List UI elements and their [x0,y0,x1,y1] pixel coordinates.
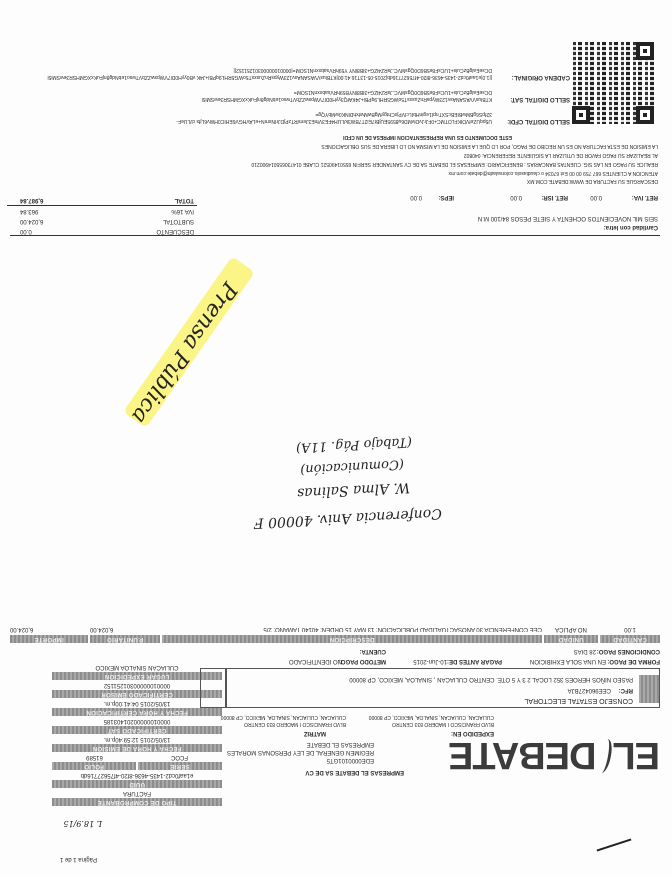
row-descripcion: CEE CONFERENCIA 30 AÑOSACTUALIDAD PUBLIC… [162,626,542,632]
descuento-label: DESCUENTO [156,228,194,234]
expedido-address-1: BLVD FRANCISCO I MADERO 833 CENTRO [392,721,494,727]
totals-top-rule [10,235,660,236]
ret-iva-label: RET. IVA: [632,194,658,200]
row-cantidad: 1.00 [600,626,660,632]
row-p-unitario: 6,024.00 [90,626,160,632]
pagar-antes-value: 10-Jun-2015 [413,658,447,664]
issuer-company-name: EMPRESAS EL DEBATE SA DE CV [305,769,404,775]
receiver-address: PASEO NIÑOS HEROES 352 LOCAL 2 3 Y 5 OTE… [349,676,633,682]
handwritten-line-1: Conferencia Aniv. 40000 F [254,505,443,531]
forma-pago-value: EN UNA SOLA EXHIBICION [530,658,606,664]
iva-value: 963.84 [20,208,60,214]
ieps-value: 0.00 [410,194,422,200]
cadena-original-value: ||1.0|e1aaf0cd2-1435-4636-8f20-4f7562771… [12,66,492,80]
handwritten-line-3: (Comunicación) [300,456,404,476]
qr-finder-icon [636,106,654,124]
receiver-rfc-label: RFC: [619,687,633,693]
condiciones-pago-value: 28 DIAS [574,648,596,654]
note-customer-service: ATENCION A CLIENTES 667 759 00 00 Ext 67… [448,170,658,176]
sello-sat-value: KTBlusVVASANAsv123WypsRnZusxsT5oWG5RHL9q… [12,88,492,102]
issuer-trade-name: EMPRESAS EL DEBATE [307,741,374,747]
folio-value: 61589 [52,754,137,760]
metodo-pago-value: NO IDENTIFICADO [289,658,342,664]
lugar-expedicion-value: CULIACAN SINALOA MEXICO [52,664,222,670]
serie-header: SERIE [138,762,222,770]
note-not-receipt: LA EMISION DE ESTA FACTURA NO ES UN RECI… [321,143,658,149]
serie-value: FCOC [137,754,222,760]
total-label: TOTAL [175,197,194,203]
forma-pago-label: FORMA DE PAGO: [607,658,660,664]
note-reference: AL REALIZAR SU PAGO FAVOR DE UTILIZAR LA… [464,152,658,158]
flame-icon [595,739,614,773]
scanned-invoice-page: Página 1 de 1 L 18.9/15 ELDEBATE EMPRESA… [0,0,672,876]
voucher-info-panel: TIPO DE COMPROBANTE FACTURA UUID e1aaf0c… [52,662,222,806]
note-download: DESCARGUE SU FACTURA DE WWW.DEBATE.COM.M… [527,178,658,184]
voucher-type-value: FACTURA [52,790,222,796]
handwritten-line-4: (Tabajo Pág. 11A) [296,434,413,455]
handwritten-corner-note: L 18.9/15 [63,819,102,828]
row-importe: 6,024.00 [10,626,88,632]
sello-cfdi-value: U5pqUZefVDIKFLOTMC+0FJrJvDlvMD6u8595EUjB… [12,110,492,124]
items-table-header: CANTIDAD UNIDAD DESCRIPCION P.UNITARIO I… [10,635,660,643]
col-p-unitario: P.UNITARIO [90,635,160,643]
matriz-address-1: BLVD FRANCISCO I MADERO 833 CENTRO [244,721,346,727]
page-counter: Página 1 de 1 [60,856,97,862]
receiver-rfc: CEE960427BJA [568,687,611,693]
receiver-box: CONSEJO ESTATAL ELECTORAL RFC: CEE960427… [226,668,660,708]
cert-emisor-header: CERTIFICADO EMISOR [52,690,222,698]
receiver-name: CONSEJO ESTATAL ELECTORAL [524,697,633,704]
handwritten-highlighted-note: Prensa Pública [126,277,242,428]
logo-text-el: EL [613,734,660,776]
folio-header: FOLIO [52,762,136,770]
receiver-tab [639,675,659,703]
sello-cfdi-label: SELLO DIGITAL CFDI: [507,118,570,124]
ret-isr-label: RET. ISR: [541,194,568,200]
subtotal-label: SUBTOTAL [163,218,194,224]
ret-iva-value: 0.00 [590,194,602,200]
qr-finder-icon [572,106,590,124]
note-bank-accounts: REALICE SU PAGO EN LAS SIG. CUENTAS BANC… [251,161,658,167]
expedido-label: EXPEDIDO EN: [451,730,494,736]
voucher-type-header: TIPO DE COMPROBANTE [52,798,222,806]
qr-finder-icon [636,42,654,60]
uuid-header: UUID [52,780,222,788]
receiver-side-box [200,668,226,708]
matriz-label: MATRIZ [304,730,326,736]
uuid-value: e1aaf0cd2-1435-4636-8f20-4f75627716db [52,772,222,778]
col-descripcion: DESCRIPCION [162,635,542,643]
logo-text-debate: DEBATE [449,734,596,776]
fecha-emision-header: FECHA Y HORA DE EMISION [52,744,222,752]
ret-isr-value: 0.00 [510,194,522,200]
cuenta-label: CUENTA: [359,648,386,654]
matriz-address-2: CULIACAN, CULIACAN, SINALOA, MEXICO, CP … [221,714,346,720]
cantidad-letra-label: Cantidad con letra: [604,224,658,230]
issuer-rfc: EDE0000101GT5 [327,757,374,763]
col-unidad: UNIDAD [544,635,598,643]
handwritten-line-2: W. Alma Salinas [297,479,411,501]
sello-sat-label: SELLO DIGITAL SAT: [510,96,570,102]
expedido-address-2: CULIACAN, CULIACAN, SINALOA, MEXICO, CP … [369,714,494,720]
col-cantidad: CANTIDAD [600,635,660,643]
cantidad-letra-value: SEIS MIL NOVECIENTOS OCHENTA Y SIETE PES… [478,215,658,221]
table-row: 1.00 NO APLICA CEE CONFERENCIA 30 AÑOSAC… [10,626,660,632]
descuento-value: 0.00 [20,228,60,234]
cert-emisor-value: 00001000000301251152 [52,682,222,688]
metodo-pago-label: METODO PAGO: [339,658,386,664]
note-cfdi-representation: ESTE DOCUMENTO ES UNA REPRESENTACION IMP… [343,134,512,140]
lugar-expedicion-header: LUGAR EXPEDICION [52,672,222,680]
certificado-sat-header: CERTIFICADO SAT [52,726,222,734]
row-unidad: NO APLICA [544,626,598,632]
issuer-regime: REGIMEN GENERAL DE LEY PERSONAS MORALES [227,749,374,755]
subtotal-value: 6,024.00 [20,218,60,224]
cadena-original-label: CADENA ORIGINAL: [512,74,570,80]
col-importe: IMPORTE [10,635,88,643]
certificado-sat-value: 00001000000201403185 [52,718,222,724]
fecha-cert-value: 13/05/2015 04:41:00p.m. [52,700,222,706]
pen-stroke-mark [597,838,632,851]
fecha-cert-header: FECHA Y HORA CERTIFICACION [52,708,222,716]
fecha-emision-value: 13/05/2015 12:59:40p.m. [52,736,222,742]
qr-code [572,42,654,124]
iva-label: IVA 16% [171,208,194,214]
condiciones-pago-label: CONDICIONES PAGO: [597,648,660,654]
total-value: 6,987.84 [20,197,60,203]
el-debate-logo: ELDEBATE [449,733,660,776]
total-rule [7,205,197,206]
pagar-antes-label: PAGAR ANTES DE: [447,658,502,664]
ieps-label: IEPS: [438,194,454,200]
